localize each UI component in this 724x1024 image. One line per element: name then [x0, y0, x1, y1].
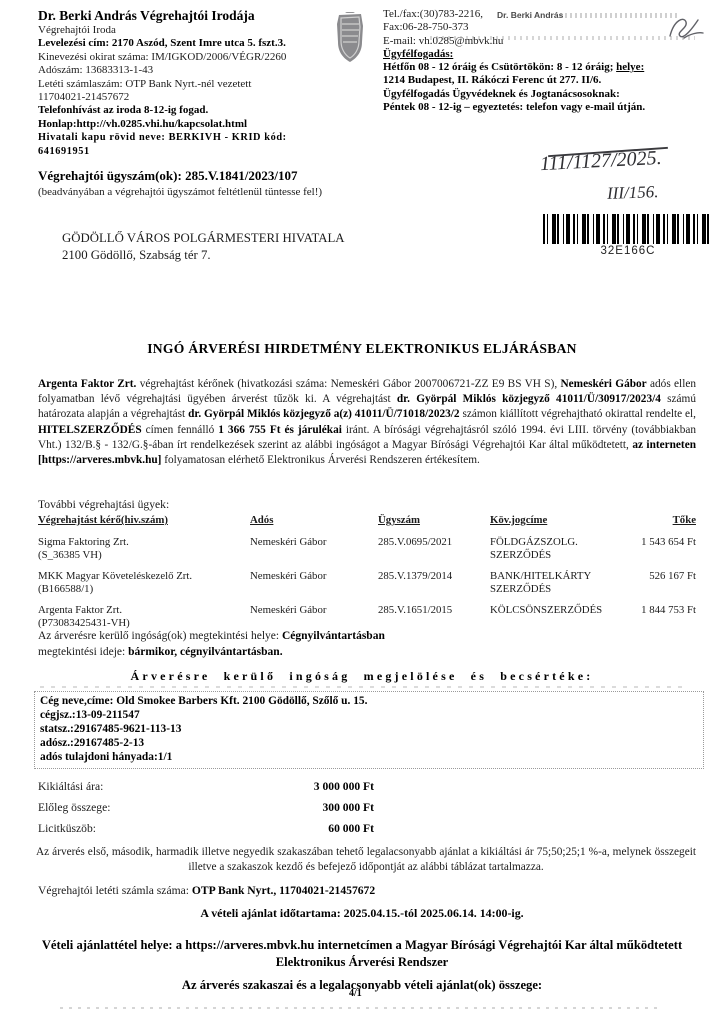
deposit-account-line: Végrehajtói letéti számla száma: OTP Ban…: [38, 884, 375, 897]
table-row-case: 285.V.1651/2015: [378, 599, 490, 633]
col-header-creditor: Végrehajtást kérő(hiv.szám): [38, 514, 250, 531]
price-label: Licitküszöb:: [38, 822, 96, 843]
office-header-left: Dr. Berki András Végrehajtói Irodája Vég…: [38, 8, 340, 158]
asset-section-heading: Árverésre kerülő ingóság megjelölése és …: [0, 669, 724, 684]
intro-seg: dr. Györpál Miklós közjegyző 41011/Ü/309…: [397, 393, 661, 405]
auction-stages-note: Az árverés első, második, harmadik illet…: [36, 845, 696, 875]
table-row-case: 285.V.1379/2014: [378, 565, 490, 599]
price-value: 60 000 Ft: [328, 822, 374, 843]
deposit-value: OTP Bank Nyrt., 11704021-21457672: [192, 884, 375, 897]
handwritten-signature-icon: [664, 12, 706, 46]
viewing-place-label: Az árverésre kerülő ingóság(ok) megtekin…: [38, 630, 282, 642]
table-row-creditor: Sigma Faktoring Zrt.(S_36385 VH): [38, 531, 250, 565]
creditor-ref: (S_36385 VH): [38, 549, 102, 561]
office-appointment-number: Kinevezési okirat száma: IM/IGKOD/2006/V…: [38, 51, 340, 64]
office-subtitle: Végrehajtói Iroda: [38, 24, 340, 37]
office-website: Honlap:http://vh.0285.vhi.hu/kapcsolat.h…: [38, 118, 340, 131]
scan-noise-line: [40, 686, 688, 688]
office-krid: Hivatali kapu rövid neve: BERKIVH - KRID…: [38, 131, 340, 158]
recipient-name: GÖDÖLLŐ VÁROS POLGÁRMESTERI HIVATALA: [62, 230, 482, 247]
col-header-claim: Köv.jogcíme: [490, 514, 625, 531]
office-header-right: Tel./fax:(30)783-2216, Fax:06-28-750-373…: [383, 8, 701, 114]
office-deposit-account-line1: Letéti számlaszám: OTP Bank Nyrt.-nél ve…: [38, 78, 340, 91]
intro-seg: számon kiállított végrehajtható okiratta…: [460, 408, 696, 420]
recipient-block: GÖDÖLLŐ VÁROS POLGÁRMESTERI HIVATALA 210…: [62, 230, 482, 263]
table-row-principal: 526 167 Ft: [625, 565, 696, 599]
digital-signature-faint-text: [560, 13, 680, 18]
price-value: 3 000 000 Ft: [314, 780, 374, 801]
handwritten-number-1: 111/1127/2025.: [539, 147, 662, 176]
table-row-creditor: Argenta Faktor Zrt.(P73083425431-VH): [38, 599, 250, 633]
asset-company-regno: cégjsz.:13-09-211547: [40, 709, 698, 723]
case-number-block: Végrehajtói ügyszám(ok): 285.V.1841/2023…: [38, 168, 468, 198]
scanned-document-page: Dr. Berki András Végrehajtói Irodája Vég…: [0, 0, 724, 1024]
table-row-creditor: MKK Magyar Követeléskezelő Zrt.(B166588/…: [38, 565, 250, 599]
handwritten-number-2: III/156.: [607, 182, 659, 204]
asset-details-box: Cég neve,címe: Old Smokee Barbers Kft. 2…: [34, 691, 704, 769]
stages-heading: Az árverés szakaszai és a legalacsonyabb…: [0, 978, 724, 993]
intro-seg: végrehajtást kérőnek (hivatkozási száma:…: [136, 378, 560, 390]
office-phone-hours: Telefonhívást az iroda 8-12-ig fogad.: [38, 104, 340, 117]
fax-line: Fax:06-28-750-373: [383, 21, 701, 34]
other-cases-table: Végrehajtást kérő(hiv.szám) Adós Ügyszám…: [38, 514, 696, 633]
table-row-claim: FÖLDGÁZSZOLG. SZERZŐDÉS: [490, 531, 625, 565]
intro-seg: 1 366 755 Ft és járulékai: [218, 424, 342, 436]
asset-company-statno: statsz.:29167485-9621-113-13: [40, 723, 698, 737]
viewing-place-line: Az árverésre kerülő ingóság(ok) megtekin…: [38, 629, 638, 645]
creditor-ref: (B166588/1): [38, 583, 93, 595]
creditor-name: Sigma Faktoring Zrt.: [38, 536, 129, 548]
intro-seg: címen fennálló: [142, 424, 219, 436]
intro-seg: Nemeskéri Gábor: [561, 378, 647, 390]
office-tax-number: Adószám: 13683313-1-43: [38, 64, 340, 77]
lawyer-hours-line: Péntek 08 - 12-ig – egyeztetés: telefon …: [383, 101, 701, 114]
asset-company-taxno: adósz.:29167485-2-13: [40, 737, 698, 751]
office-hours-address: 1214 Budapest, II. Rákóczi Ferenc út 277…: [383, 74, 701, 87]
office-hours-text: Hétfőn 08 - 12 óráig és Csütörtökön: 8 -…: [383, 61, 616, 73]
price-value: 300 000 Ft: [322, 801, 374, 822]
office-deposit-account-line2: 11704021-21457672: [38, 91, 340, 104]
case-number-note: (beadványában a végrehajtói ügyszámot fe…: [38, 186, 468, 198]
document-title: INGÓ ÁRVERÉSI HIRDETMÉNY ELEKTRONIKUS EL…: [0, 341, 724, 357]
intro-seg: Argenta Faktor Zrt.: [38, 378, 136, 390]
office-hours-line: Hétfőn 08 - 12 óráig és Csütörtökön: 8 -…: [383, 61, 701, 74]
office-mailing-address: Levelezési cím: 2170 Aszód, Szent Imre u…: [38, 37, 340, 50]
price-list: Kikiáltási ára:3 000 000 Ft Előleg össze…: [38, 780, 374, 843]
offer-period-line: A vételi ajánlat időtartama: 2025.04.15.…: [0, 906, 724, 921]
intro-seg: dr. Györpál Miklós közjegyző a(z) 41011/…: [188, 408, 460, 420]
table-row-claim: KÖLCSÖNSZERZŐDÉS: [490, 599, 625, 633]
digital-signature-name: Dr. Berki András: [497, 10, 563, 20]
digital-signature-faint-text-2: [430, 36, 695, 40]
intro-paragraph: Argenta Faktor Zrt. végrehajtást kérőnek…: [38, 377, 696, 468]
coat-of-arms-stamp-icon: [333, 12, 367, 64]
intro-seg: HITELSZERZŐDÉS: [38, 424, 142, 436]
price-row-starting: Kikiáltási ára:3 000 000 Ft: [38, 780, 374, 801]
viewing-time-line: megtekintési ideje: bármikor, cégnyilván…: [38, 645, 638, 661]
lawyer-hours-title: Ügyfélfogadás Ügyvédeknek és Jogtanácsos…: [383, 88, 701, 101]
price-label: Előleg összege:: [38, 801, 110, 822]
price-label: Kikiáltási ára:: [38, 780, 103, 801]
viewing-time-label: megtekintési ideje:: [38, 646, 128, 658]
table-row-principal: 1 543 654 Ft: [625, 531, 696, 565]
barcode: [543, 214, 713, 244]
offer-place-line: Vételi ajánlattétel helye: a https://arv…: [32, 937, 692, 971]
intro-seg: folyamatosan elérhető Elektronikus Árver…: [161, 454, 479, 466]
col-header-debtor: Adós: [250, 514, 378, 531]
page-number: 4/1: [349, 988, 362, 999]
asset-company-name: Cég neve,címe: Old Smokee Barbers Kft. 2…: [40, 695, 698, 709]
table-row-claim: BANK/HITELKÁRTY SZERZŐDÉS: [490, 565, 625, 599]
table-row-debtor: Nemeskéri Gábor: [250, 531, 378, 565]
creditor-name: Argenta Faktor Zrt.: [38, 604, 122, 616]
barcode-label: 32E166C: [543, 245, 713, 257]
price-row-bid-threshold: Licitküszöb:60 000 Ft: [38, 822, 374, 843]
office-hours-place-word: helye:: [616, 61, 644, 73]
deposit-label: Végrehajtói letéti számla száma:: [38, 884, 192, 897]
creditor-ref: (P73083425431-VH): [38, 617, 130, 629]
table-row-debtor: Nemeskéri Gábor: [250, 565, 378, 599]
office-hours-title: Ügyfélfogadás:: [383, 48, 701, 61]
viewing-info: Az árverésre kerülő ingóság(ok) megtekin…: [38, 629, 638, 660]
viewing-time-value: bármikor, cégnyilvántartásban.: [128, 646, 283, 658]
case-number: Végrehajtói ügyszám(ok): 285.V.1841/2023…: [38, 168, 468, 184]
asset-ownership-share: adós tulajdoni hányada:1/1: [40, 751, 698, 765]
office-name: Dr. Berki András Végrehajtói Irodája: [38, 8, 340, 24]
price-row-advance: Előleg összege:300 000 Ft: [38, 801, 374, 822]
table-row-principal: 1 844 753 Ft: [625, 599, 696, 633]
scan-noise-line-bottom: [60, 1007, 660, 1009]
col-header-principal: Tőke: [625, 514, 696, 531]
col-header-case: Ügyszám: [378, 514, 490, 531]
creditor-name: MKK Magyar Követeléskezelő Zrt.: [38, 570, 192, 582]
viewing-place-value: Cégnyilvántartásban: [282, 630, 385, 642]
table-row-case: 285.V.0695/2021: [378, 531, 490, 565]
table-row-debtor: Nemeskéri Gábor: [250, 599, 378, 633]
other-cases-title: További végrehajtási ügyek:: [38, 498, 169, 511]
recipient-address: 2100 Gödöllő, Szabság tér 7.: [62, 247, 482, 264]
